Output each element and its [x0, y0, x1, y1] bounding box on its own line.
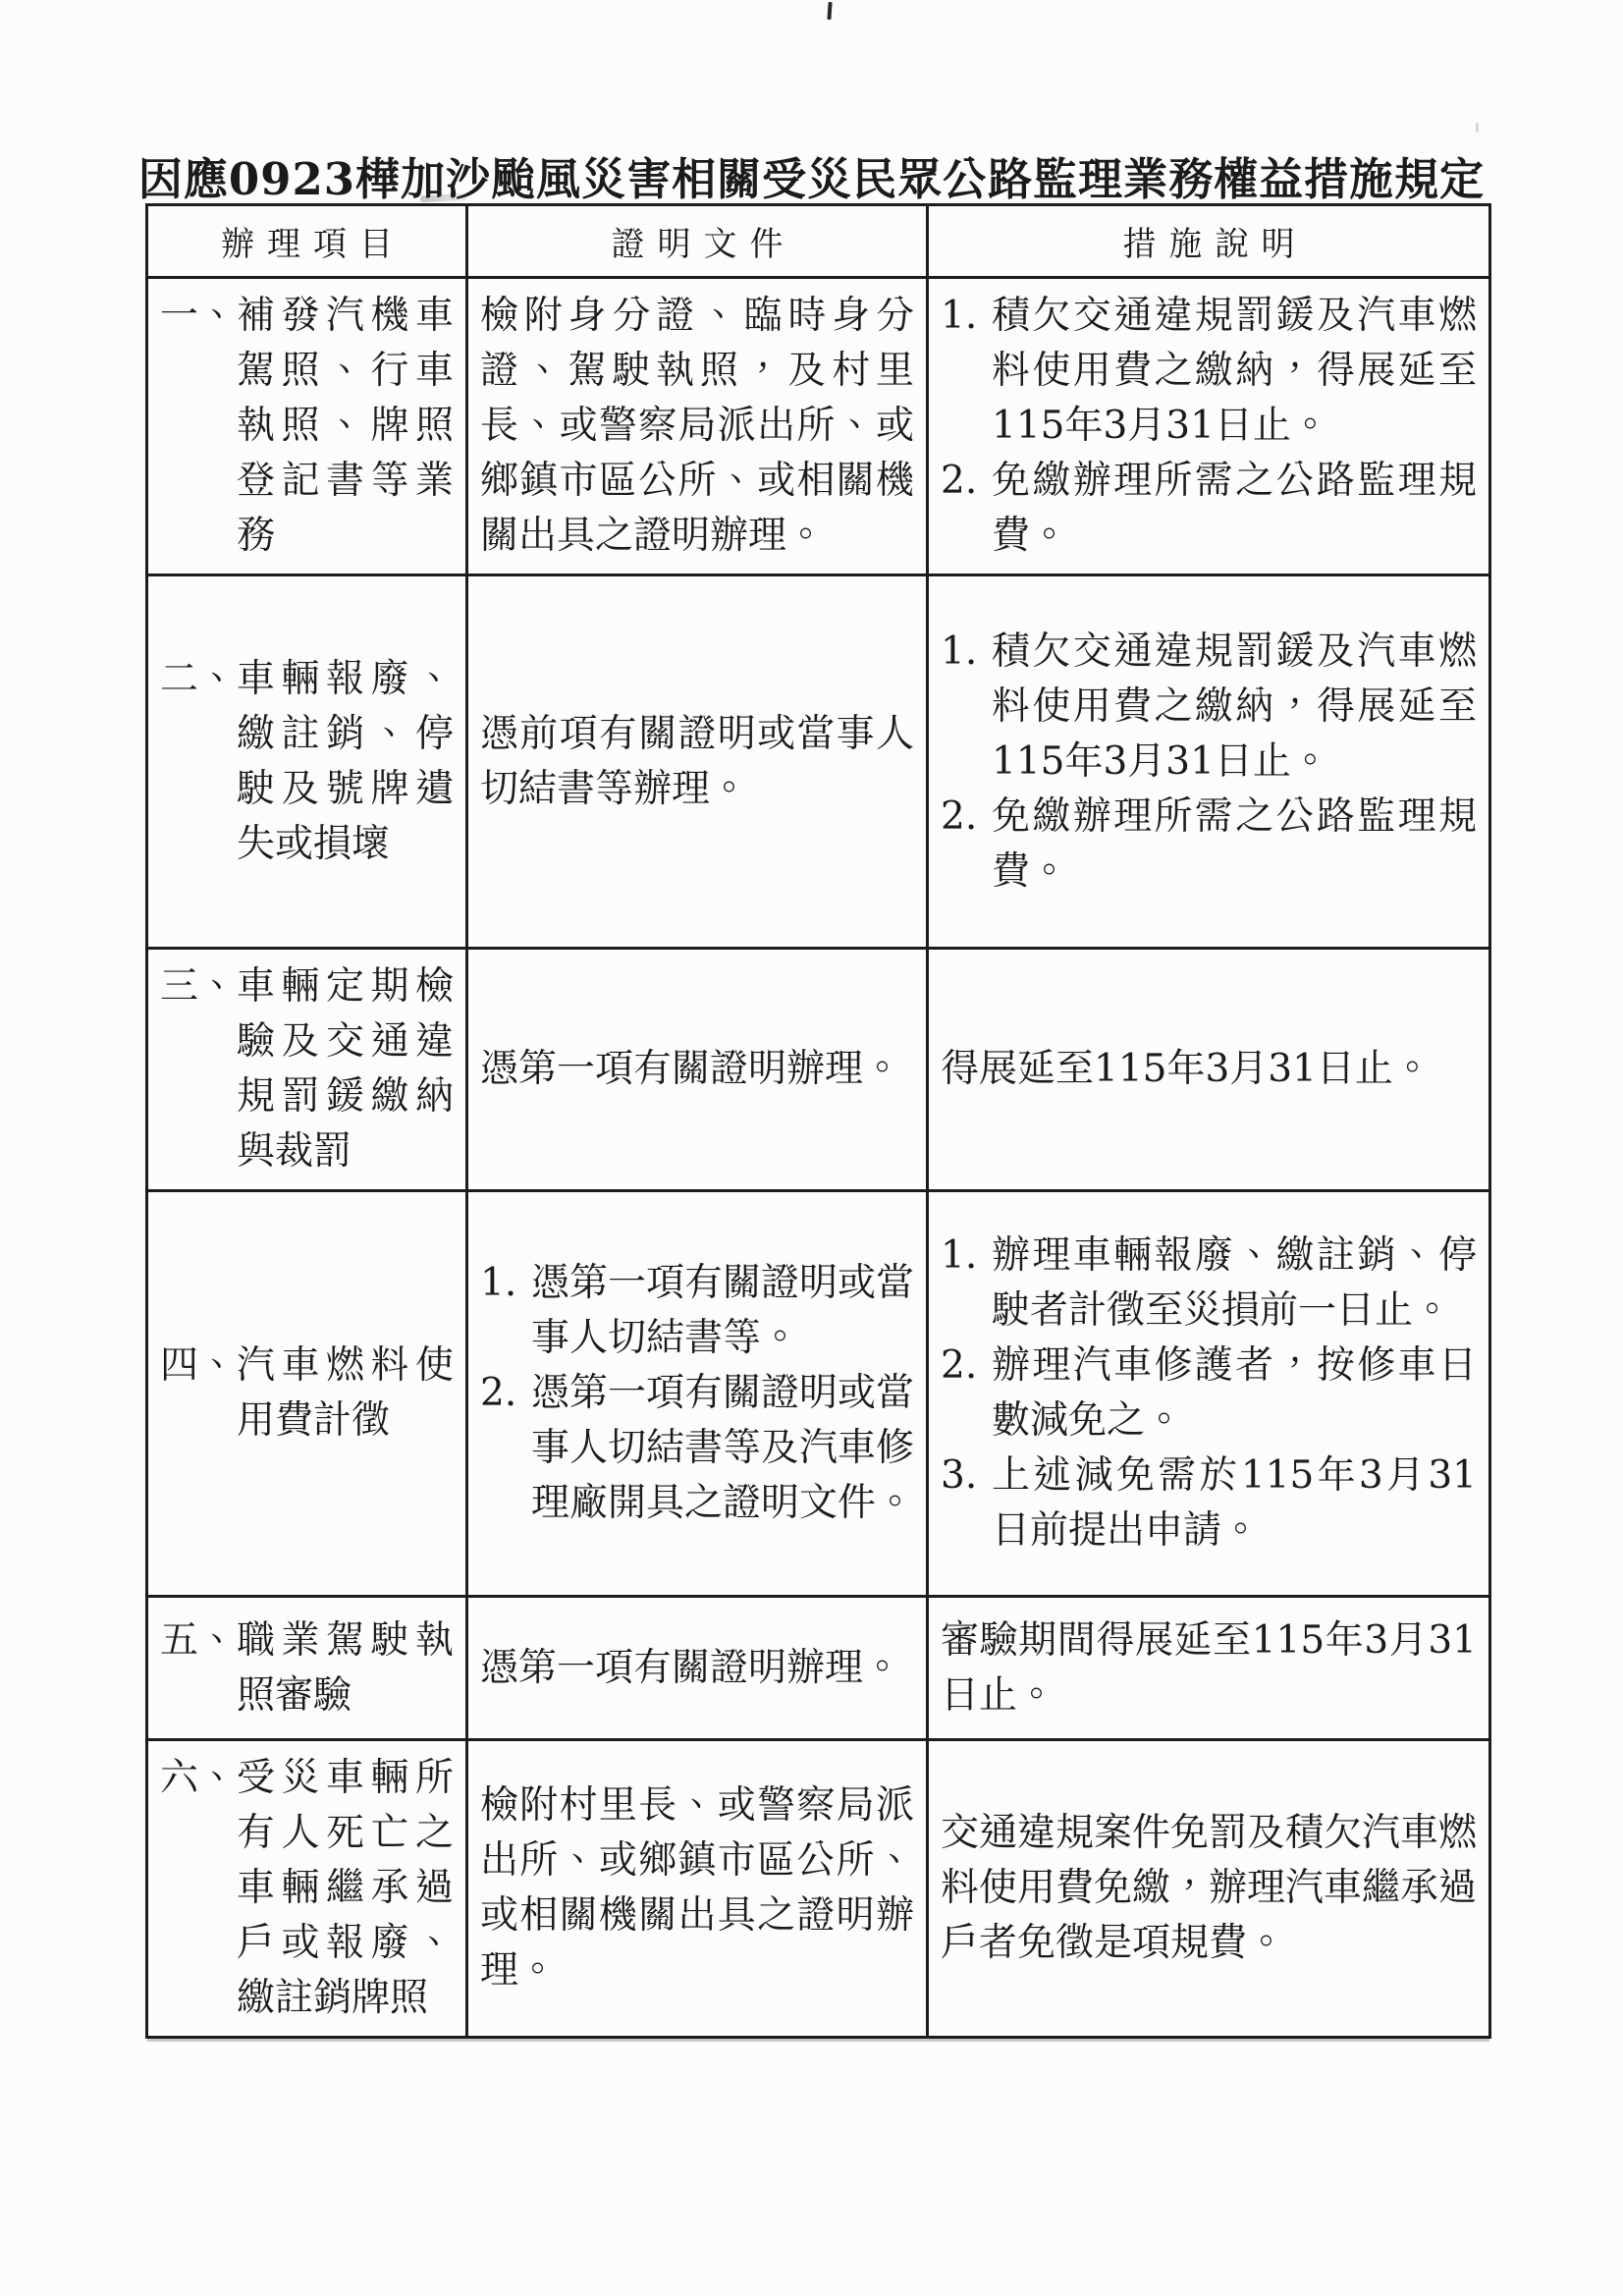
measure-item: 3. 上述減免需於115年3月31日前提出申請。 [941, 1449, 1477, 1558]
cell-documents: 檢附身分證、臨時身分證、駕駛執照，及村里長、或警察局派出所、或鄉鎮市區公所、或相… [467, 278, 928, 575]
table-row: 三、 車輛定期檢驗及交通違規罰鍰繳納與裁罰 憑第一項有關證明辦理。 得展延至11… [147, 949, 1490, 1191]
measure-text: 積欠交通違規罰鍰及汽車燃料使用費之繳納，得展延至115年3月31日止。 [992, 625, 1477, 790]
item-text: 受災車輛所有人死亡之車輛繼承過戶或報廢、繳註銷牌照 [237, 1751, 454, 2026]
table-row: 二、 車輛報廢、繳註銷、停駛及號牌遺失或損壞 憑前項有關證明或當事人切結書等辦理… [147, 575, 1490, 949]
page-title: 因應0923樺加沙颱風災害相關受災民眾公路監理業務權益措施規定 [0, 143, 1623, 207]
list-number: 2. [941, 454, 992, 509]
item-text: 補發汽機車駕照、行車執照、牌照登記書等業務 [237, 289, 454, 564]
cell-measures: 1. 積欠交通違規罰鍰及汽車燃料使用費之繳納，得展延至115年3月31日止。 2… [928, 278, 1490, 575]
cell-measures: 得展延至115年3月31日止。 [928, 949, 1490, 1191]
measure-text: 得展延至115年3月31日止。 [941, 1042, 1477, 1097]
list-number: 1. [941, 625, 992, 680]
cell-item: 四、 汽車燃料使用費計徵 [147, 1191, 467, 1597]
item-number: 二、 [160, 652, 237, 707]
column-header-item: 辦理項目 [147, 205, 467, 278]
column-header-measures: 措施說明 [928, 205, 1490, 278]
documents-text: 憑第一項有關證明辦理。 [480, 1042, 914, 1097]
measure-item: 1. 辦理車輛報廢、繳註銷、停駛者計徵至災損前一日止。 [941, 1229, 1477, 1339]
cell-measures: 1. 積欠交通違規罰鍰及汽車燃料使用費之繳納，得展延至115年3月31日止。 2… [928, 575, 1490, 949]
measure-text: 免繳辦理所需之公路監理規費。 [992, 790, 1477, 900]
list-number: 2. [941, 1339, 992, 1394]
table-row: 四、 汽車燃料使用費計徵 1. 憑第一項有關證明或當事人切結書等。 2. 憑第一… [147, 1191, 1490, 1597]
measure-item: 1. 積欠交通違規罰鍰及汽車燃料使用費之繳納，得展延至115年3月31日止。 [941, 289, 1477, 454]
document-text: 憑第一項有關證明或當事人切結書等及汽車修理廠開具之證明文件。 [531, 1366, 914, 1531]
cell-item: 六、 受災車輛所有人死亡之車輛繼承過戶或報廢、繳註銷牌照 [147, 1740, 467, 2038]
scan-artifact-speck [1476, 123, 1479, 133]
documents-text: 檢附村里長、或警察局派出所、或鄉鎮市區公所、或相關機關出具之證明辦理。 [480, 1778, 914, 1998]
measure-item: 2. 辦理汽車修護者，按修車日數減免之。 [941, 1339, 1477, 1449]
header-row: 辦理項目 證明文件 措施說明 [147, 205, 1490, 278]
item-number: 六、 [160, 1751, 237, 1806]
document-text: 憑第一項有關證明或當事人切結書等。 [531, 1256, 914, 1366]
list-number: 1. [941, 289, 992, 344]
column-header-documents: 證明文件 [467, 205, 928, 278]
scan-artifact-tick [827, 2, 832, 20]
cell-documents: 檢附村里長、或警察局派出所、或鄉鎮市區公所、或相關機關出具之證明辦理。 [467, 1740, 928, 2038]
measure-text: 交通違規案件免罰及積欠汽車燃料使用費免繳，辦理汽車繼承過戶者免徵是項規費。 [941, 1806, 1477, 1971]
documents-text: 檢附身分證、臨時身分證、駕駛執照，及村里長、或警察局派出所、或鄉鎮市區公所、或相… [480, 289, 914, 564]
cell-item: 二、 車輛報廢、繳註銷、停駛及號牌遺失或損壞 [147, 575, 467, 949]
item-text: 車輛報廢、繳註銷、停駛及號牌遺失或損壞 [237, 652, 454, 872]
documents-text: 憑前項有關證明或當事人切結書等辦理。 [480, 707, 914, 817]
cell-measures: 審驗期間得展延至115年3月31日止。 [928, 1597, 1490, 1740]
table-row: 六、 受災車輛所有人死亡之車輛繼承過戶或報廢、繳註銷牌照 檢附村里長、或警察局派… [147, 1740, 1490, 2038]
list-number: 3. [941, 1449, 992, 1503]
item-number: 三、 [160, 959, 237, 1014]
measure-item: 2. 免繳辦理所需之公路監理規費。 [941, 790, 1477, 900]
cell-item: 五、 職業駕駛執照審驗 [147, 1597, 467, 1740]
measure-item: 1. 積欠交通違規罰鍰及汽車燃料使用費之繳納，得展延至115年3月31日止。 [941, 625, 1477, 790]
table-row: 一、 補發汽機車駕照、行車執照、牌照登記書等業務 檢附身分證、臨時身分證、駕駛執… [147, 278, 1490, 575]
measure-text: 辦理車輛報廢、繳註銷、停駛者計徵至災損前一日止。 [992, 1229, 1477, 1339]
cell-measures: 1. 辦理車輛報廢、繳註銷、停駛者計徵至災損前一日止。 2. 辦理汽車修護者，按… [928, 1191, 1490, 1597]
list-number: 2. [480, 1366, 531, 1421]
item-number: 四、 [160, 1339, 237, 1394]
cell-documents: 憑第一項有關證明辦理。 [467, 949, 928, 1191]
measure-text: 免繳辦理所需之公路監理規費。 [992, 454, 1477, 564]
item-number: 五、 [160, 1613, 237, 1668]
measure-text: 上述減免需於115年3月31日前提出申請。 [992, 1449, 1477, 1558]
list-number: 1. [941, 1229, 992, 1284]
measure-text: 積欠交通違規罰鍰及汽車燃料使用費之繳納，得展延至115年3月31日止。 [992, 289, 1477, 454]
scanned-document-page: { "title": "因應0923樺加沙颱風災害相關受災民眾公路監理業務權益措… [0, 0, 1623, 2296]
table-row: 五、 職業駕駛執照審驗 憑第一項有關證明辦理。 審驗期間得展延至115年3月31… [147, 1597, 1490, 1740]
cell-documents: 1. 憑第一項有關證明或當事人切結書等。 2. 憑第一項有關證明或當事人切結書等… [467, 1191, 928, 1597]
item-number: 一、 [160, 289, 237, 344]
measure-item: 2. 免繳辦理所需之公路監理規費。 [941, 454, 1477, 564]
document-item: 1. 憑第一項有關證明或當事人切結書等。 [480, 1256, 914, 1366]
item-text: 職業駕駛執照審驗 [237, 1613, 454, 1723]
cell-item: 三、 車輛定期檢驗及交通違規罰鍰繳納與裁罰 [147, 949, 467, 1191]
item-text: 汽車燃料使用費計徵 [237, 1339, 454, 1449]
document-item: 2. 憑第一項有關證明或當事人切結書等及汽車修理廠開具之證明文件。 [480, 1366, 914, 1531]
cell-item: 一、 補發汽機車駕照、行車執照、牌照登記書等業務 [147, 278, 467, 575]
cell-measures: 交通違規案件免罰及積欠汽車燃料使用費免繳，辦理汽車繼承過戶者免徵是項規費。 [928, 1740, 1490, 2038]
measure-text: 審驗期間得展延至115年3月31日止。 [941, 1613, 1477, 1723]
cell-documents: 憑第一項有關證明辦理。 [467, 1597, 928, 1740]
documents-text: 憑第一項有關證明辦理。 [480, 1641, 914, 1696]
relief-measures-table: 辦理項目 證明文件 措施說明 一、 補發汽機車駕照、行車執照、牌照登記書等業務 … [145, 203, 1491, 2039]
cell-documents: 憑前項有關證明或當事人切結書等辦理。 [467, 575, 928, 949]
list-number: 1. [480, 1256, 531, 1311]
measure-text: 辦理汽車修護者，按修車日數減免之。 [992, 1339, 1477, 1449]
list-number: 2. [941, 790, 992, 845]
item-text: 車輛定期檢驗及交通違規罰鍰繳納與裁罰 [237, 959, 454, 1179]
